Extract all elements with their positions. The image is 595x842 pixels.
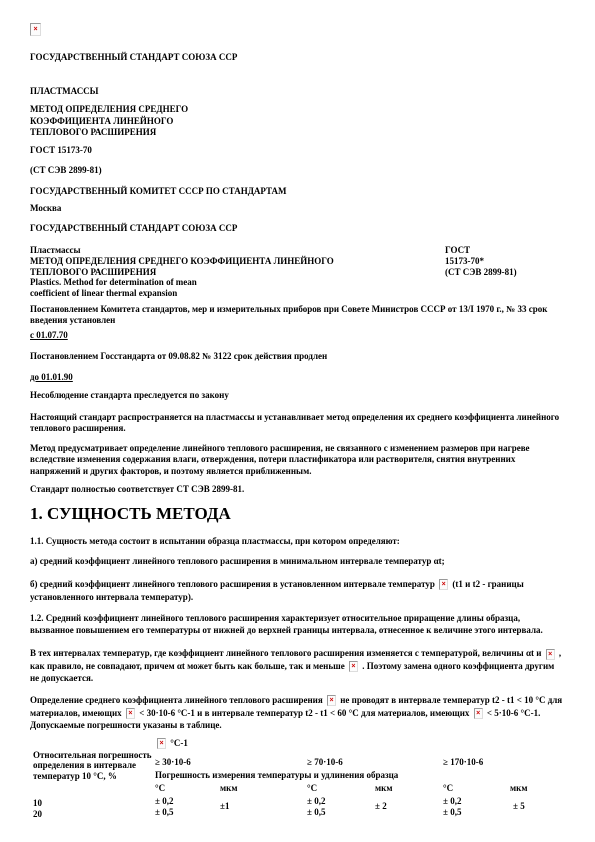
- clause-1-2: 1.2. Средний коэффициент линейного тепло…: [30, 613, 565, 636]
- title-method-en-line: coefficient of linear thermal expansion: [30, 288, 445, 299]
- clause-1-1: 1.1. Сущность метода состоит в испытании…: [30, 536, 565, 548]
- unit-header: °С: [155, 783, 165, 794]
- intro-paragraph-3: Стандарт полностью соответствует СТ СЭВ …: [30, 484, 565, 496]
- committee-name: ГОСУДАРСТВЕННЫЙ КОМИТЕТ СССР ПО СТАНДАРТ…: [30, 186, 565, 198]
- document-page: × ГОСУДАРСТВЕННЫЙ СТАНДАРТ СОЮЗА ССР ПЛА…: [0, 0, 595, 828]
- broken-image-icon: ×: [546, 649, 555, 660]
- enactment-paragraph-1: Постановлением Комитета стандартов, мер …: [30, 304, 565, 327]
- broken-image-icon: ×: [327, 695, 336, 706]
- publication-city: Москва: [30, 203, 565, 215]
- clause-determination-limits: Определение среднего коэффициента линейн…: [30, 694, 565, 732]
- micron-tolerance-cell: ±1: [220, 801, 229, 812]
- temp-tolerance-cell: ± 0,5: [443, 807, 461, 818]
- doc-method-title: МЕТОД ОПРЕДЕЛЕНИЯ СРЕДНЕГО КОЭФФИЦИЕНТА …: [30, 104, 565, 139]
- title-method-ru-line: МЕТОД ОПРЕДЕЛЕНИЯ СРЕДНЕГО КОЭФФИЦИЕНТА …: [30, 256, 445, 267]
- broken-image-icon: ×: [30, 23, 41, 36]
- title-block-left: Пластмассы МЕТОД ОПРЕДЕЛЕНИЯ СРЕДНЕГО КО…: [30, 245, 445, 299]
- method-title-line: ТЕПЛОВОГО РАСШИРЕНИЯ: [30, 127, 565, 139]
- table-sub-header: Погрешность измерения температуры и удли…: [155, 770, 398, 781]
- unit-header: °С: [443, 783, 453, 794]
- top-broken-image-row: ×: [30, 23, 565, 36]
- temp-tolerance-cell: ± 0,2: [155, 796, 173, 807]
- broken-image-icon: ×: [157, 738, 166, 749]
- doc-subject: ПЛАСТМАССЫ: [30, 86, 565, 98]
- broken-image-icon: ×: [439, 579, 448, 590]
- unit-header: °С: [307, 783, 317, 794]
- alpha-unit-label: °С-1: [170, 738, 188, 748]
- unit-header: мкм: [220, 783, 237, 794]
- sev-number: (СТ СЭВ 2899-81): [30, 165, 565, 177]
- clause-1-1-item-b: б) средний коэффициент линейного теплово…: [30, 578, 565, 603]
- clause-interval-note: В тех интервалах температур, где коэффиц…: [30, 647, 565, 685]
- unit-header: мкм: [375, 783, 392, 794]
- item-b-text-before: б) средний коэффициент линейного теплово…: [30, 579, 435, 589]
- title-method-ru-line: ТЕПЛОВОГО РАСШИРЕНИЯ: [30, 267, 445, 278]
- title-method-en-line: Plastics. Method for determination of me…: [30, 277, 445, 288]
- temp-tolerance-cell: ± 0,2: [443, 796, 461, 807]
- micron-tolerance-cell: ± 5: [513, 801, 525, 812]
- standard-title-block: Пластмассы МЕТОД ОПРЕДЕЛЕНИЯ СРЕДНЕГО КО…: [30, 245, 565, 299]
- broken-image-icon: ×: [474, 708, 483, 719]
- law-notice: Несоблюдение стандарта преследуется по з…: [30, 390, 565, 402]
- doc-title-1: ГОСУДАРСТВЕННЫЙ СТАНДАРТ СОЮЗА ССР: [30, 52, 565, 64]
- clause-1-1-item-a: а) средний коэффициент линейного теплово…: [30, 556, 565, 568]
- gost-label: ГОСТ: [445, 245, 565, 256]
- enactment-paragraph-2: Постановлением Госстандарта от 09.08.82 …: [30, 351, 565, 363]
- table-row-label: 10: [33, 798, 42, 809]
- alpha-range: ≥ 70·10-6: [307, 757, 343, 768]
- unit-header: мкм: [510, 783, 527, 794]
- method-title-line: МЕТОД ОПРЕДЕЛЕНИЯ СРЕДНЕГО: [30, 104, 565, 116]
- alpha-unit-header: × °С-1: [155, 738, 188, 749]
- section-1-heading: 1. СУЩНОСТЬ МЕТОДА: [30, 504, 565, 524]
- gost-number-starred: 15173-70*: [445, 256, 565, 267]
- enactment-date-to: до 01.01.90: [30, 372, 565, 384]
- enactment-date-from: с 01.07.70: [30, 330, 565, 342]
- table-row-label: 20: [33, 809, 42, 820]
- intro-paragraph-2: Метод предусматривает определение линейн…: [30, 443, 565, 478]
- temp-tolerance-cell: ± 0,5: [307, 807, 325, 818]
- note-text-part: В тех интервалах температур, где коэффиц…: [30, 648, 541, 658]
- broken-image-icon: ×: [349, 661, 358, 672]
- method-title-line: КОЭФФИЦИЕНТА ЛИНЕЙНОГО: [30, 116, 565, 128]
- alpha-range: ≥ 30·10-6: [155, 757, 191, 768]
- tolerance-table: Относительная погрешность определения в …: [30, 740, 565, 828]
- temp-tolerance-cell: ± 0,5: [155, 807, 173, 818]
- micron-tolerance-cell: ± 2: [375, 801, 387, 812]
- broken-image-icon: ×: [126, 708, 135, 719]
- title-block-right: ГОСТ 15173-70* (СТ СЭВ 2899-81): [445, 245, 565, 299]
- intro-paragraph-1: Настоящий стандарт распространяется на п…: [30, 412, 565, 435]
- gost-number: ГОСТ 15173-70: [30, 145, 565, 157]
- doc-title-2: ГОСУДАРСТВЕННЫЙ СТАНДАРТ СОЮЗА ССР: [30, 223, 565, 235]
- limits-text-part: < 30·10-6 °С-1 и в интервале температур …: [139, 708, 469, 718]
- table-left-header: Относительная погрешность определения в …: [33, 750, 165, 782]
- sev-number: (СТ СЭВ 2899-81): [445, 267, 565, 278]
- alpha-range: ≥ 170·10-6: [443, 757, 483, 768]
- limits-text-part: Определение среднего коэффициента линейн…: [30, 695, 323, 705]
- title-subject-ru: Пластмассы: [30, 245, 445, 256]
- temp-tolerance-cell: ± 0,2: [307, 796, 325, 807]
